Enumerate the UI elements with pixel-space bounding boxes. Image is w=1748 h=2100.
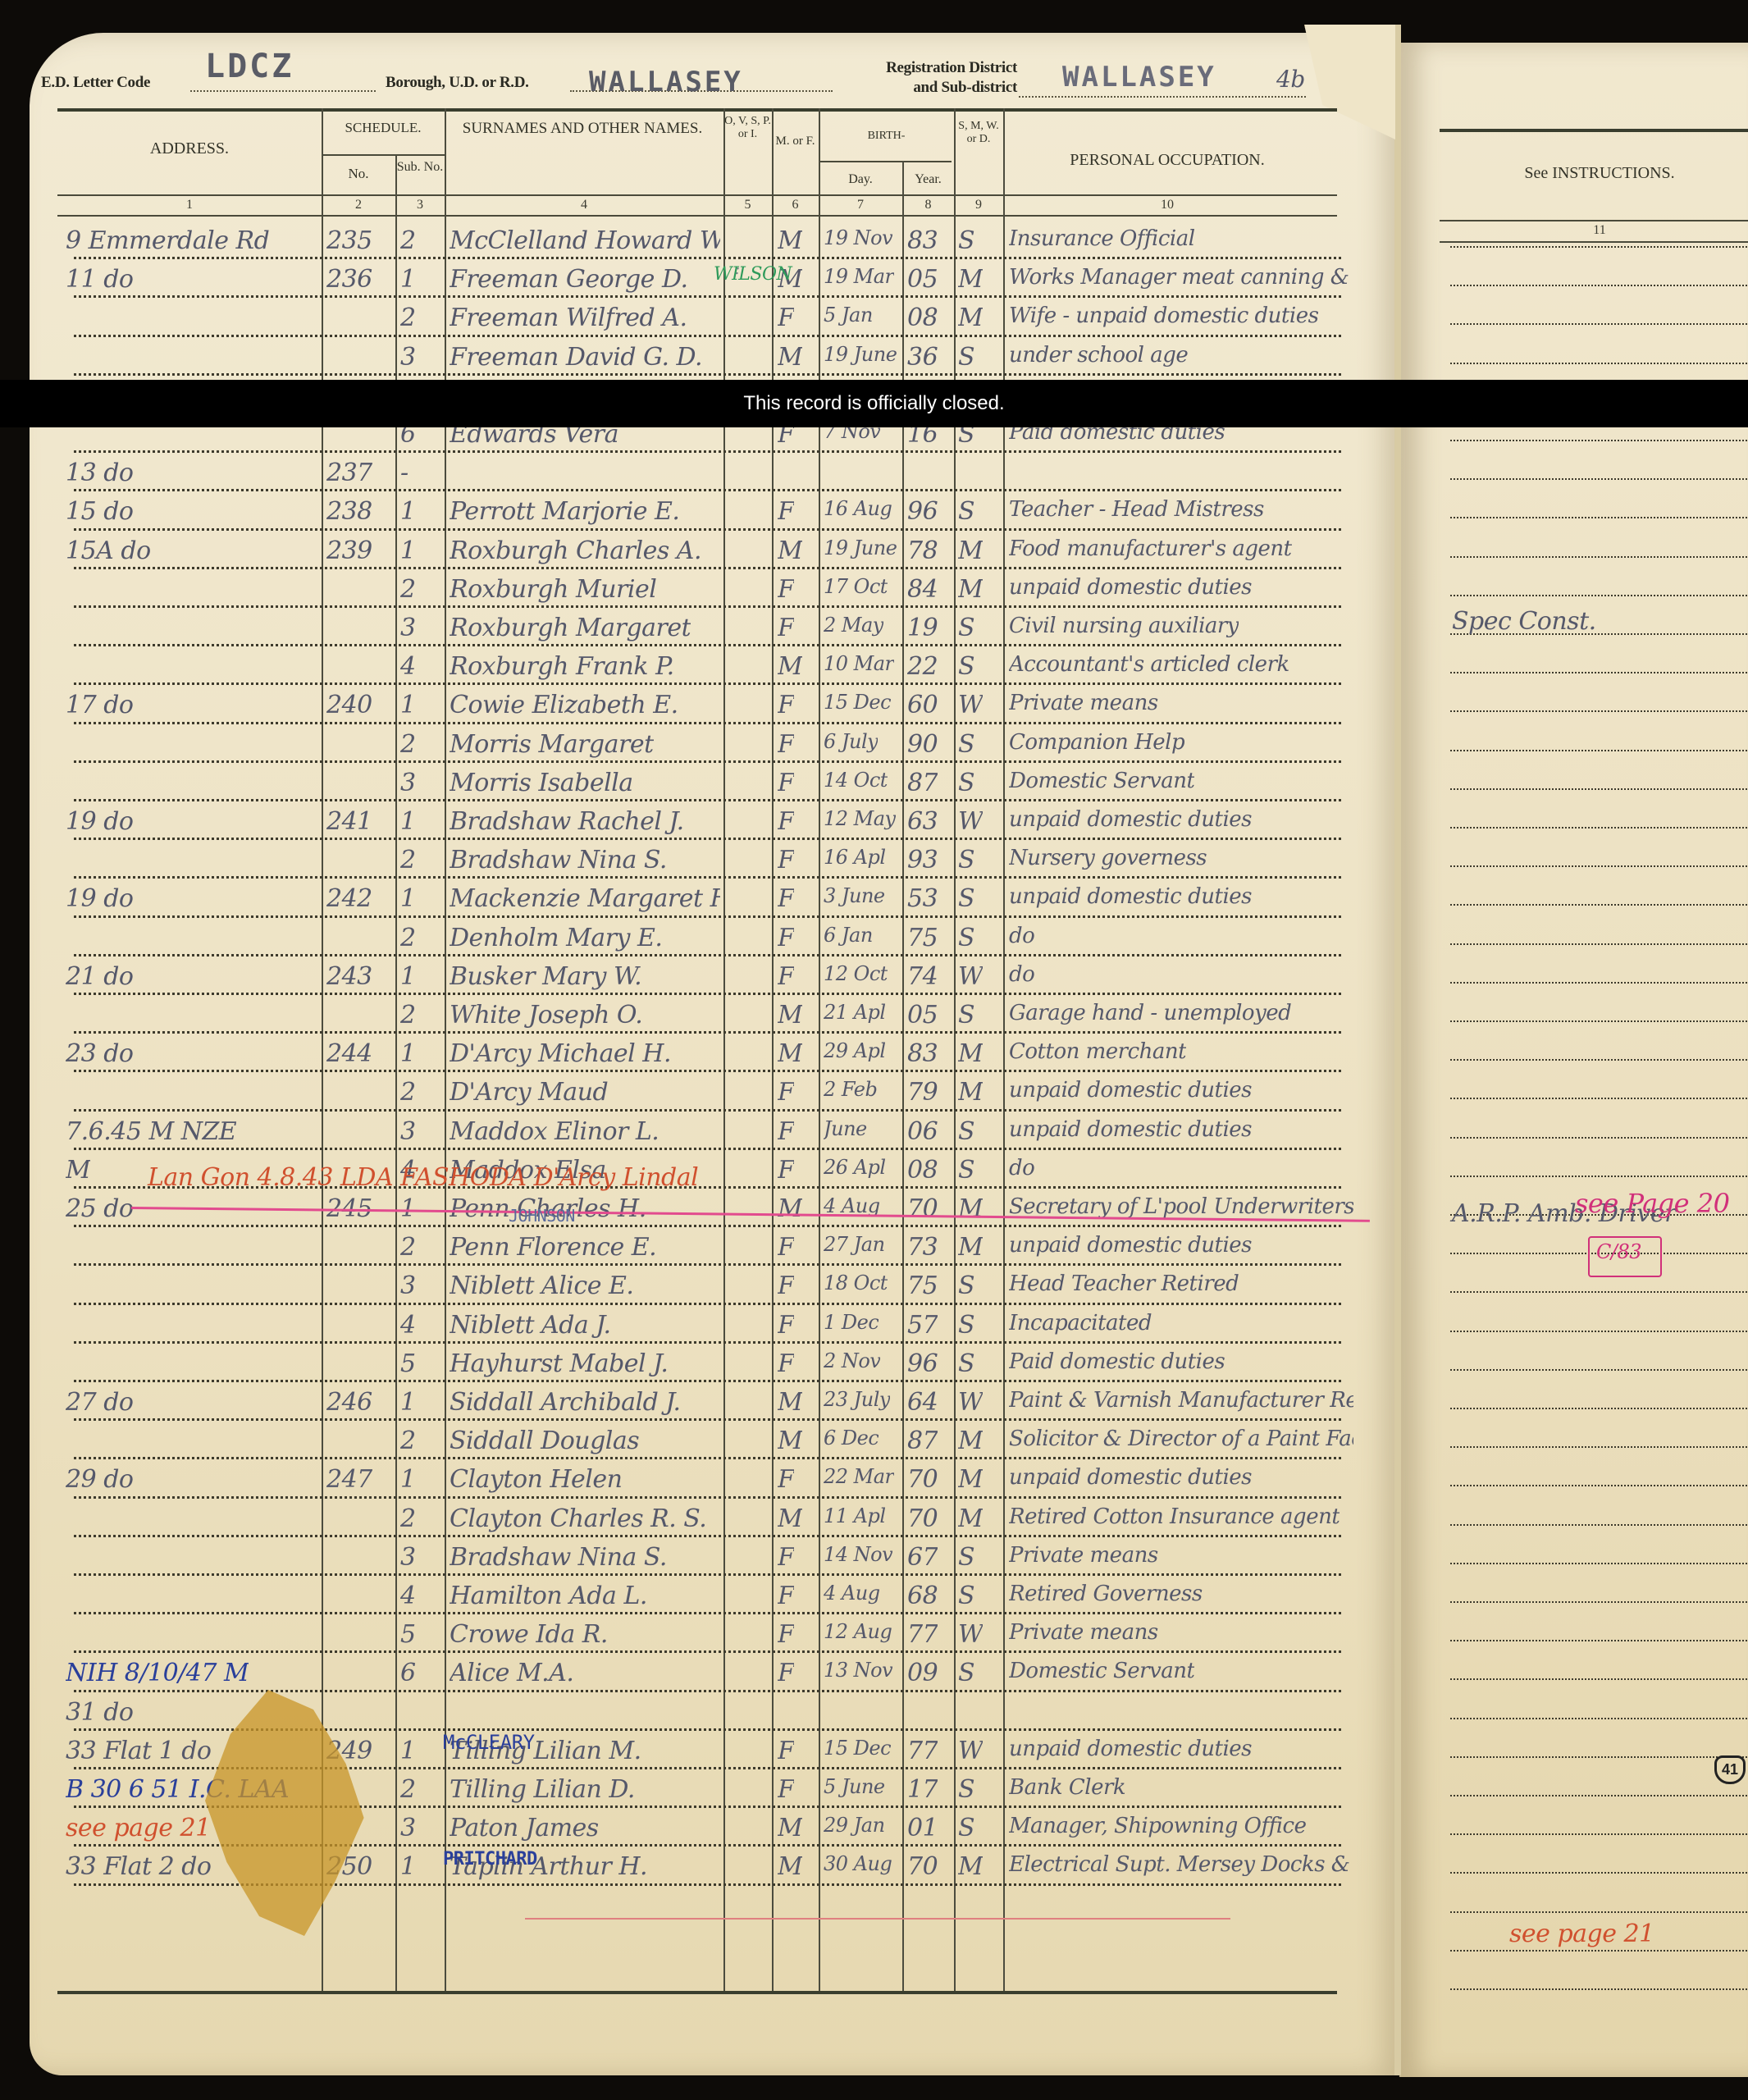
cell-occupation: Wife - unpaid domestic duties xyxy=(1009,304,1318,328)
col-number: 7 xyxy=(819,198,902,212)
cell-year: 06 xyxy=(907,1117,938,1146)
cell-year: 84 xyxy=(907,575,938,604)
right-colnum-rule xyxy=(1440,241,1748,243)
row-rule xyxy=(74,528,1341,531)
row-rule xyxy=(74,489,1341,491)
col-number: 2 xyxy=(322,198,395,212)
col-number: 5 xyxy=(723,198,772,212)
cell-sub: 1 xyxy=(400,962,416,991)
closed-record-notice: This record is officially closed. xyxy=(0,380,1748,427)
right-row-rule xyxy=(1450,904,1748,906)
cell-address: 19 do xyxy=(66,807,133,836)
row-rule xyxy=(74,722,1341,724)
cell-occupation: Domestic Servant xyxy=(1009,769,1194,793)
cell-year: 17 xyxy=(907,1775,938,1804)
cell-sub: 2 xyxy=(400,730,416,759)
cell-name: Clayton Charles R. S. xyxy=(450,1504,706,1533)
cell-status: S xyxy=(958,226,974,255)
cell-year: 75 xyxy=(907,924,938,952)
note-see-page-21: see page 21 xyxy=(1509,1920,1654,1948)
cell-name: Niblett Alice E. xyxy=(450,1271,633,1300)
borough-stamp: WALLASEY xyxy=(589,66,743,98)
cell-occupation: Solicitor & Director of a Paint Factory xyxy=(1009,1427,1353,1451)
cell-year: 70 xyxy=(907,1852,938,1881)
table-bottom-rule xyxy=(57,1991,1337,1994)
cell-sex: F xyxy=(778,769,794,797)
cell-name: Perrott Marjorie E. xyxy=(450,497,679,526)
cell-name: Paton James xyxy=(450,1814,599,1842)
cell-address: 13 do xyxy=(66,459,133,487)
cell-name: Freeman David G. D. xyxy=(450,343,702,372)
cell-occupation: unpaid domestic duties xyxy=(1009,1233,1252,1258)
right-row-rule xyxy=(1450,1369,1748,1371)
cell-day: 29 Apl xyxy=(824,1039,886,1062)
cell-sex: F xyxy=(778,1775,794,1804)
row-rule xyxy=(74,1535,1341,1537)
cell-status: M xyxy=(958,1427,983,1455)
note-c83: C/83 xyxy=(1596,1240,1641,1263)
cell-status: S xyxy=(958,730,974,759)
cell-sex: F xyxy=(778,1156,794,1185)
right-row-rule xyxy=(1450,1059,1748,1061)
cell-occupation: unpaid domestic duties xyxy=(1009,1117,1252,1142)
cell-sex: F xyxy=(778,1233,794,1262)
row-rule xyxy=(74,335,1341,337)
dotted-leader xyxy=(1019,96,1306,98)
cell-status: M xyxy=(958,265,983,294)
cell-day: 17 Oct xyxy=(824,575,888,598)
col-header-day: Day. xyxy=(819,172,902,187)
cell-sex: F xyxy=(778,691,794,719)
col-header-schedule-no: No. xyxy=(322,166,395,182)
right-row-rule xyxy=(1450,1640,1748,1641)
cell-year: 70 xyxy=(907,1465,938,1494)
cell-name: Hamilton Ada L. xyxy=(450,1582,647,1610)
cell-name: Bradshaw Rachel J. xyxy=(450,807,684,836)
schedule-divider xyxy=(322,154,445,156)
cell-name: Clayton Helen xyxy=(450,1465,622,1494)
cell-status: S xyxy=(958,884,974,913)
cell-name: Freeman Wilfred A. xyxy=(450,304,687,332)
row-rule xyxy=(74,373,1341,376)
cell-day: 19 Nov xyxy=(824,226,892,249)
cell-sub: 5 xyxy=(400,1620,416,1649)
cell-occupation: under school age xyxy=(1009,343,1188,367)
cell-status: S xyxy=(958,1659,974,1687)
cell-day: 30 Aug xyxy=(824,1852,892,1875)
borough-label: Borough, U.D. or R.D. xyxy=(386,74,529,92)
cell-day: 13 Nov xyxy=(824,1659,892,1682)
cell-day: June xyxy=(824,1117,867,1140)
annotation-maddox-remarriage: Lan Gon 4.8.43 LDA FASHODA D'Arcy Lindal xyxy=(148,1163,698,1192)
cell-status: S xyxy=(958,497,974,526)
annotation-wilson: WILSON xyxy=(714,264,792,285)
cell-status: M xyxy=(958,1233,983,1262)
cell-address: 31 do xyxy=(66,1698,133,1727)
cell-address: 15 do xyxy=(66,497,133,526)
cell-status: W xyxy=(958,691,983,719)
cell-year: 83 xyxy=(907,1039,938,1068)
cell-status: S xyxy=(958,1582,974,1610)
cell-address: 29 do xyxy=(66,1465,133,1494)
row-rule xyxy=(74,644,1341,646)
registration-label-1: Registration District xyxy=(853,59,1017,77)
cell-year: 36 xyxy=(907,343,938,372)
cell-sub: 3 xyxy=(400,1271,416,1300)
cell-sched: 235 xyxy=(326,226,372,255)
right-row-rule xyxy=(1450,1291,1748,1293)
col-number: 9 xyxy=(954,198,1003,212)
cell-name: Alice M.A. xyxy=(450,1659,573,1687)
right-row-rule xyxy=(1450,285,1748,286)
cell-sex: M xyxy=(778,1039,802,1068)
cell-day: 26 Apl xyxy=(824,1156,886,1179)
cell-sub: 1 xyxy=(400,884,416,913)
cell-sched: 239 xyxy=(326,536,372,565)
cell-day: 15 Dec xyxy=(824,1737,891,1760)
cell-sub: 2 xyxy=(400,575,416,604)
registration-label-2: and Sub-district xyxy=(853,79,1017,97)
cell-sex: F xyxy=(778,1117,794,1146)
cell-day: 14 Oct xyxy=(824,769,888,792)
cell-year: 05 xyxy=(907,265,938,294)
cell-occupation: Food manufacturer's agent xyxy=(1009,536,1292,561)
cell-sub: 1 xyxy=(400,1737,416,1765)
cell-day: 6 July xyxy=(824,730,878,753)
cell-day: 12 Aug xyxy=(824,1620,892,1643)
cell-name: Niblett Ada J. xyxy=(450,1311,611,1340)
row-rule xyxy=(74,876,1341,879)
cell-occupation: Civil nursing auxiliary xyxy=(1009,614,1239,638)
cell-address: 15A do xyxy=(66,536,151,565)
cell-day: 22 Mar xyxy=(824,1465,894,1488)
cell-name: Siddall Archibald J. xyxy=(450,1388,681,1417)
cell-sched: 242 xyxy=(326,884,372,913)
cell-year: 08 xyxy=(907,1156,938,1185)
folio-badge: 41 xyxy=(1714,1755,1746,1784)
col-number: 4 xyxy=(445,198,723,212)
cell-name: Bradshaw Nina S. xyxy=(450,846,667,874)
cell-sub: 1 xyxy=(400,1852,416,1881)
row-rule xyxy=(74,915,1341,918)
cell-occupation: unpaid domestic duties xyxy=(1009,807,1252,832)
col-header-ovspi: O, V, S, P. or I. xyxy=(723,115,772,141)
cell-status: W xyxy=(958,1388,983,1417)
cell-occupation: Private means xyxy=(1009,1620,1158,1645)
cell-year: 70 xyxy=(907,1504,938,1533)
row-rule xyxy=(74,1418,1341,1421)
right-header-top-rule xyxy=(1440,129,1748,132)
cell-day: 12 May xyxy=(824,807,896,830)
letter-code-stamp: LDCZ xyxy=(205,48,294,85)
cell-sched: 244 xyxy=(326,1039,372,1068)
annotation-mccleary: McCLEARY xyxy=(443,1731,535,1754)
cell-sched: 236 xyxy=(326,265,372,294)
dotted-leader xyxy=(190,90,376,92)
row-rule xyxy=(74,1031,1341,1034)
cell-occupation: Head Teacher Retired xyxy=(1009,1271,1239,1296)
cell-day: 14 Nov xyxy=(824,1543,892,1566)
cell-status: M xyxy=(958,304,983,332)
row-rule xyxy=(74,1148,1341,1150)
cell-status: S xyxy=(958,769,974,797)
cell-year: 73 xyxy=(907,1233,938,1262)
cell-year: 90 xyxy=(907,730,938,759)
row-rule xyxy=(74,1690,1341,1692)
col-header-instructions: See INSTRUCTIONS. xyxy=(1460,164,1739,183)
cell-year: 83 xyxy=(907,226,938,255)
right-row-rule xyxy=(1450,1331,1748,1332)
cell-status: M xyxy=(958,1465,983,1494)
cell-status: S xyxy=(958,1349,974,1378)
cell-sub: 3 xyxy=(400,769,416,797)
cell-sex: F xyxy=(778,1349,794,1378)
right-row-rule xyxy=(1450,1485,1748,1486)
cell-status: S xyxy=(958,652,974,681)
cell-occupation: Garage hand - unemployed xyxy=(1009,1001,1291,1025)
cell-year: 22 xyxy=(907,652,938,681)
cell-occupation: do xyxy=(1009,962,1034,987)
cell-sub: 1 xyxy=(400,691,416,719)
col-header-sex: M. or F. xyxy=(772,135,819,148)
right-row-rule xyxy=(1450,943,1748,945)
cell-year: 78 xyxy=(907,536,938,565)
col-header-year: Year. xyxy=(902,172,954,187)
cell-occupation: unpaid domestic duties xyxy=(1009,884,1252,909)
note-see-page-20: see Page 20 xyxy=(1575,1188,1729,1219)
col-header-sub-no: Sub. No. xyxy=(395,160,445,175)
cell-year: 63 xyxy=(907,807,938,836)
cell-sub: 4 xyxy=(400,652,416,681)
cell-sub: 1 xyxy=(400,497,416,526)
cell-day: 11 Apl xyxy=(824,1504,886,1527)
cell-day: 2 May xyxy=(824,614,883,637)
cell-sex: F xyxy=(778,614,794,642)
cell-sched: 246 xyxy=(326,1388,372,1417)
row-rule xyxy=(74,295,1341,298)
cell-sub: 1 xyxy=(400,1465,416,1494)
cell-sex: M xyxy=(778,536,802,565)
col-divider xyxy=(395,154,397,1991)
cell-sex: M xyxy=(778,1504,802,1533)
row-rule xyxy=(74,1303,1341,1305)
col-number: 6 xyxy=(772,198,819,212)
cell-sub: 3 xyxy=(400,614,416,642)
cell-address: 33 Flat 2 do xyxy=(66,1852,212,1881)
col-number: 3 xyxy=(395,198,445,212)
cell-sched: 240 xyxy=(326,691,372,719)
cell-day: 2 Feb xyxy=(824,1078,877,1101)
right-row-rule xyxy=(1450,1678,1748,1680)
cell-day: 29 Jan xyxy=(824,1814,885,1837)
cell-address: 33 Flat 1 do xyxy=(66,1737,212,1765)
cell-name: McClelland Howard W. xyxy=(450,226,720,255)
cell-name: Freeman George D. xyxy=(450,265,688,294)
row-rule xyxy=(74,567,1341,569)
cell-address: 11 do xyxy=(66,265,133,294)
cell-day: 27 Jan xyxy=(824,1233,885,1256)
row-rule xyxy=(74,760,1341,763)
cell-status: M xyxy=(958,1039,983,1068)
registration-suffix: 4b xyxy=(1276,66,1305,93)
row-rule xyxy=(74,838,1341,840)
cell-day: 19 June xyxy=(824,536,897,559)
cell-sex: F xyxy=(778,846,794,874)
cell-sex: F xyxy=(778,304,794,332)
cell-status: S xyxy=(958,1156,974,1185)
cell-name: White Joseph O. xyxy=(450,1001,642,1029)
cell-occupation: Nursery governess xyxy=(1009,846,1207,870)
strike-through-line xyxy=(525,1918,1230,1920)
cell-sex: F xyxy=(778,807,794,836)
cell-day: 1 Dec xyxy=(824,1311,879,1334)
right-row-rule xyxy=(1450,1446,1748,1448)
cell-occupation: Teacher - Head Mistress xyxy=(1009,497,1264,522)
cell-occupation: Works Manager meat canning & preserving xyxy=(1009,265,1353,290)
cell-address: see page 21 xyxy=(66,1814,211,1842)
right-row-rule xyxy=(1450,1137,1748,1139)
cell-occupation: Paint & Varnish Manufacturer Retired xyxy=(1009,1388,1353,1413)
col-header-address: ADDRESS. xyxy=(57,139,322,158)
cell-sub: 1 xyxy=(400,536,416,565)
cell-year: 77 xyxy=(907,1620,938,1649)
cell-occupation: Paid domestic duties xyxy=(1009,1349,1225,1374)
cell-sub: 1 xyxy=(400,1039,416,1068)
right-row-rule xyxy=(1450,323,1748,325)
cell-status: W xyxy=(958,807,983,836)
cell-status: S xyxy=(958,1775,974,1804)
right-row-rule xyxy=(1450,1988,1748,1990)
cell-status: W xyxy=(958,1737,983,1765)
cell-sex: F xyxy=(778,575,794,604)
cell-day: 16 Aug xyxy=(824,497,892,520)
cell-year: 96 xyxy=(907,497,938,526)
cell-sex: F xyxy=(778,1659,794,1687)
cell-name: Denholm Mary E. xyxy=(450,924,662,952)
cell-status: S xyxy=(958,1814,974,1842)
cell-name: Tilling Lilian D. xyxy=(450,1775,635,1804)
right-row-rule xyxy=(1450,1795,1748,1796)
cell-status: S xyxy=(958,1271,974,1300)
right-row-rule xyxy=(1450,1020,1748,1022)
cell-year: 57 xyxy=(907,1311,938,1340)
right-row-rule xyxy=(1450,246,1748,248)
row-rule xyxy=(74,1225,1341,1227)
cell-year: 68 xyxy=(907,1582,938,1610)
row-rule xyxy=(74,799,1341,801)
row-rule xyxy=(74,682,1341,685)
book-spine xyxy=(1394,25,1401,2075)
right-row-rule xyxy=(1450,556,1748,558)
cell-address: 23 do xyxy=(66,1039,133,1068)
note-spec-const: Spec Const. xyxy=(1452,607,1596,636)
cell-sched: 243 xyxy=(326,962,372,991)
cell-status: S xyxy=(958,614,974,642)
cell-name: Morris Margaret xyxy=(450,730,654,759)
right-row-rule xyxy=(1450,363,1748,364)
cell-address: 7.6.45 M NZE xyxy=(66,1117,236,1146)
right-row-rule xyxy=(1450,827,1748,829)
cell-name: Roxburgh Frank P. xyxy=(450,652,674,681)
row-rule xyxy=(74,993,1341,995)
cell-occupation: Accountant's articled clerk xyxy=(1009,652,1289,677)
row-rule xyxy=(74,1109,1341,1112)
right-row-rule xyxy=(1450,440,1748,441)
cell-sex: M xyxy=(778,343,802,372)
col-number: 1 xyxy=(57,198,322,212)
row-rule xyxy=(74,1650,1341,1653)
cell-sched: 247 xyxy=(326,1465,372,1494)
right-header-rule xyxy=(1440,220,1748,221)
cell-status: M xyxy=(958,536,983,565)
cell-sub: 2 xyxy=(400,1233,416,1262)
cell-sub: 3 xyxy=(400,1814,416,1842)
cell-name: Penn Florence E. xyxy=(450,1233,656,1262)
col-number: 10 xyxy=(1003,198,1331,212)
cell-occupation: Insurance Official xyxy=(1009,226,1195,251)
cell-status: S xyxy=(958,846,974,874)
cell-sex: M xyxy=(778,226,802,255)
cell-day: 6 Jan xyxy=(824,924,873,947)
cell-sub: 2 xyxy=(400,1078,416,1107)
cell-occupation: unpaid domestic duties xyxy=(1009,1078,1252,1102)
cell-sub: - xyxy=(400,459,408,487)
cell-sex: F xyxy=(778,497,794,526)
cell-year: 87 xyxy=(907,769,938,797)
right-row-rule xyxy=(1450,1176,1748,1177)
cell-sex: M xyxy=(778,1814,802,1842)
cell-occupation: Secretary of L'pool Underwriters Assoc. xyxy=(1009,1194,1353,1219)
cell-name: Roxburgh Muriel xyxy=(450,575,656,604)
cell-name: Roxburgh Charles A. xyxy=(450,536,701,565)
cell-day: 15 Dec xyxy=(824,691,891,714)
cell-address: M xyxy=(66,1156,90,1185)
cell-sex: F xyxy=(778,884,794,913)
row-rule xyxy=(74,1263,1341,1266)
right-row-rule xyxy=(1450,750,1748,751)
cell-sex: F xyxy=(778,1078,794,1107)
cell-year: 70 xyxy=(907,1194,938,1223)
row-rule xyxy=(74,1573,1341,1576)
cell-occupation: unpaid domestic duties xyxy=(1009,1737,1252,1761)
cell-sub: 4 xyxy=(400,1311,416,1340)
cell-name: Crowe Ida R. xyxy=(450,1620,608,1649)
cell-sex: F xyxy=(778,1271,794,1300)
right-row-rule xyxy=(1450,982,1748,984)
cell-sub: 1 xyxy=(400,1388,416,1417)
right-row-rule xyxy=(1450,788,1748,790)
cell-year: 75 xyxy=(907,1271,938,1300)
cell-sub: 3 xyxy=(400,1543,416,1572)
right-row-rule xyxy=(1450,478,1748,480)
cell-sex: F xyxy=(778,1620,794,1649)
row-rule xyxy=(74,1496,1341,1499)
cell-sub: 2 xyxy=(400,226,416,255)
cell-address: 17 do xyxy=(66,691,133,719)
cell-occupation: unpaid domestic duties xyxy=(1009,1465,1252,1490)
right-row-rule xyxy=(1450,1756,1748,1758)
cell-sub: 4 xyxy=(400,1582,416,1610)
right-row-rule xyxy=(1450,1950,1748,1952)
cell-sex: M xyxy=(778,1388,802,1417)
cell-sex: F xyxy=(778,924,794,952)
cell-name: D'Arcy Michael H. xyxy=(450,1039,671,1068)
cell-day: 19 Mar xyxy=(824,265,894,288)
cell-sched: 238 xyxy=(326,497,372,526)
cell-day: 6 Dec xyxy=(824,1427,879,1449)
cell-name: Siddall Douglas xyxy=(450,1427,639,1455)
cell-sub: 2 xyxy=(400,846,416,874)
